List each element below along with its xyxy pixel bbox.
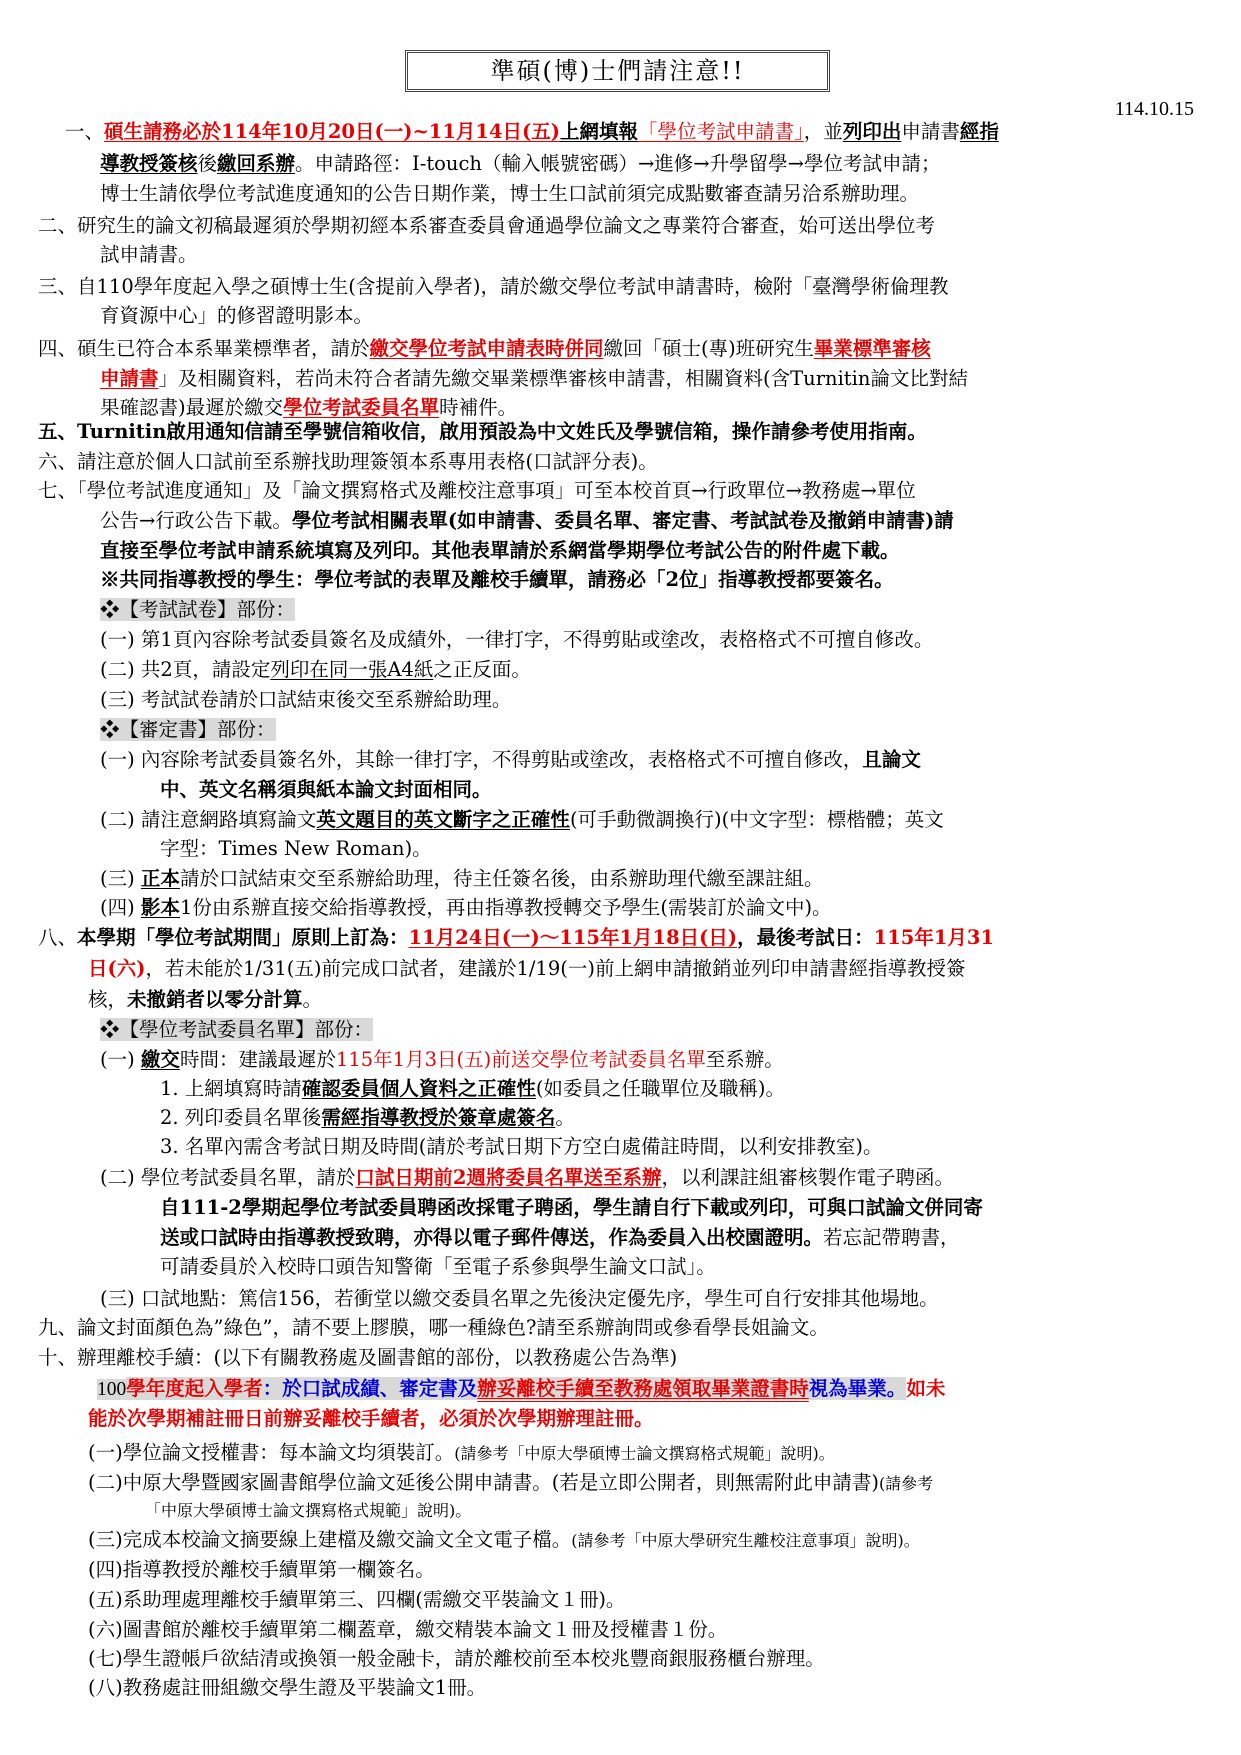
section-8-line-2: 日(六)，若未能於1/31(五)前完成口試者，建議於1/19(一)前上網申請撤銷… <box>88 955 965 983</box>
exam-paper-heading: ❖【考試試卷】部份： <box>100 596 295 624</box>
committee-item-2-line-3: 送或口試時由指導教授致聘，亦得以電子郵件傳送，作為委員入出校園證明。若忘記帶聘書… <box>160 1224 960 1252</box>
committee-sub-1: 1. 上網填寫時請確認委員個人資料之正確性(如委員之任職單位及職稱)。 <box>160 1075 785 1103</box>
section-3-line-2: 育資源中心」的修習證明影本。 <box>100 302 373 330</box>
committee-item-1: (一) 繳交時間：建議最遲於115年1月3日(五)前送交學位考試委員名單至系辦。 <box>100 1046 784 1074</box>
section-8-line-3: 核，未撤銷者以零分計算。 <box>88 986 322 1014</box>
approval-heading: ❖【審定書】部份： <box>100 716 276 744</box>
exam-paper-item-2: (二) 共2頁，請設定列印在同一張A4紙之正反面。 <box>100 656 531 684</box>
graduation-highlight-line-2: 能於次學期補註冊日前辦妥離校手續者，必須於次學期辦理註冊。 <box>88 1405 654 1433</box>
approval-item-2-cont: 字型：Times New Roman)。 <box>160 835 432 863</box>
section-9: 九、論文封面顏色為”綠色”，請不要上膠膜，哪一種綠色?請至系辦詢問或參看學長姐論… <box>38 1314 829 1342</box>
section-10-line-1: 十、辦理離校手續：(以下有關教務處及圖書館的部份，以教務處公告為準) <box>38 1344 677 1372</box>
committee-item-2-line-4: 可請委員於入校時口頭告知警衛「至電子系參與學生論文口試」。 <box>160 1253 716 1281</box>
section-1-line-3: 博士生請依學位考試進度通知的公告日期作業，博士生口試前須完成點數審查請另洽系辦助… <box>100 180 919 208</box>
section-2-line-1: 二、研究生的論文初稿最遲須於學期初經本系審查委員會通過學位論文之專業符合審查，始… <box>38 212 935 240</box>
section-2-line-2: 試申請書。 <box>100 241 198 269</box>
committee-item-2: (二) 學位考試委員名單，請於口試日期前2週將委員名單送至系辦，以利課註組審核製… <box>100 1164 954 1192</box>
committee-item-3: (三) 口試地點：篤信156，若衝堂以繳交委員名單之先後決定優先序，學生可自行安… <box>100 1285 939 1313</box>
section-7-line-3: 直接至學位考試申請系統填寫及列印。其他表單請於系網當學期學位考試公告的附件處下載… <box>100 537 900 565</box>
graduation-highlight: 100學年度起入學者：於口試成績、審定書及辦妥離校手續至教務處領取畢業證書時視為… <box>97 1375 945 1403</box>
departure-item-3: (三)完成本校論文摘要線上建檔及繳交論文全文電子檔。(請參考「中原大學研究生離校… <box>88 1526 920 1554</box>
section-3-line-1: 三、自110學年度起入學之碩博士生(含提前入學者)，請於繳交學位考試申請書時，檢… <box>38 273 948 301</box>
departure-item-2-cont: 「中原大學碩博士論文撰寫格式規範」說明)。 <box>145 1496 471 1524</box>
co-advisor-note: ※共同指導教授的學生：學位考試的表單及離校手續單，請務必「2位」指導教授都要簽名… <box>100 566 894 594</box>
section-1-line-2: 導教授簽核後繳回系辦。申請路徑：I-touch（輸入帳號密碼）→進修→升學留學→… <box>100 150 940 178</box>
exam-paper-item-3: (三) 考試試卷請於口試結束後交至系辦給助理。 <box>100 686 511 714</box>
exam-paper-item-1: (一) 第1頁內容除考試委員簽名及成績外，一律打字，不得剪貼或塗改，表格格式不可… <box>100 626 933 654</box>
committee-heading: ❖【學位考試委員名單】部份： <box>100 1016 373 1044</box>
departure-item-5: (五)系助理處理離校手續單第三、四欄(需繳交平裝論文１冊)。 <box>88 1586 625 1614</box>
section-number: 一、 <box>65 120 104 143</box>
approval-item-1: (一) 內容除考試委員簽名外，其餘一律打字，不得剪貼或塗改，表格格式不可擅自修改… <box>100 746 921 774</box>
committee-item-2-line-2: 自111-2學期起學位考試委員聘函改採電子聘函，學生請自行下載或列印，可與口試論… <box>160 1194 983 1222</box>
departure-item-7: (七)學生證帳戶欲結清或換領一般金融卡，請於離校前至本校兆豐商銀服務櫃台辦理。 <box>88 1645 825 1673</box>
departure-item-2: (二)中原大學暨國家圖書館學位論文延後公開申請書。(若是立即公開者，則無需附此申… <box>88 1469 933 1497</box>
approval-item-2: (二) 請注意網路填寫論文英文題目的英文斷字之正確性(可手動微調換行)(中文字型… <box>100 806 944 834</box>
approval-item-1-cont: 中、英文名稱須與紙本論文封面相同。 <box>160 776 492 804</box>
section-4-line-1: 四、碩生已符合本系畢業標準者，請於繳交學位考試申請表時併同繳回「碩士(專)班研究… <box>38 335 931 363</box>
approval-item-3: (三) 正本請於口試結束交至系辦給助理，待主任簽名後，由系辦助理代繳至課註組。 <box>100 865 823 893</box>
departure-item-4: (四)指導教授於離校手續單第一欄簽名。 <box>88 1556 435 1584</box>
section-4-line-2: 申請書」及相關資料，若尚未符合者請先繳交畢業標準審核申請書，相關資料(含Turn… <box>100 365 968 393</box>
section-7-line-1: 七、「學位考試進度通知」及「論文撰寫格式及離校注意事項」可至本校首頁→行政單位→… <box>38 477 916 505</box>
departure-item-8: (八)教務處註冊組繳交學生證及平裝論文1冊。 <box>88 1674 486 1702</box>
section-1-line-1: 一、碩生請務必於114年10月20日(一)~11月14日(五)上網填報「學位考試… <box>65 118 999 146</box>
departure-item-1: (一)學位論文授權書：每本論文均須裝訂。(請參考「中原大學碩博士論文撰寫格式規範… <box>88 1439 835 1467</box>
committee-sub-3: 3. 名單內需含考試日期及時間(請於考試日期下方空白處備註時間，以利安排教室)。 <box>160 1133 883 1161</box>
document-date: 114.10.15 <box>1115 98 1194 121</box>
approval-item-4: (四) 影本1份由系辦直接交給指導教授，再由指導教授轉交予學生(需裝訂於論文中)… <box>100 894 832 922</box>
document-page: 準碩(博)士們請注意!! 114.10.15 一、碩生請務必於114年10月20… <box>0 0 1241 1755</box>
section-5: 五、Turnitin啟用通知信請至學號信箱收信，啟用預設為中文姓氏及學號信箱，操… <box>38 418 927 446</box>
section-8-line-1: 八、本學期「學位考試期間」原則上訂為：11月24日(一)～115年1月18日(日… <box>38 924 994 952</box>
section-7-line-2: 公告→行政公告下載。學位考試相關表單(如申請書、委員名單、審定書、考試試卷及撤銷… <box>100 507 954 535</box>
section-6: 六、請注意於個人口試前至系辦找助理簽領本系專用表格(口試評分表)。 <box>38 448 658 476</box>
committee-sub-2: 2. 列印委員名單後需經指導教授於簽章處簽名。 <box>160 1104 575 1132</box>
departure-item-6: (六)圖書館於離校手續單第二欄蓋章，繳交精裝本論文１冊及授權書１份。 <box>88 1616 727 1644</box>
page-title: 準碩(博)士們請注意!! <box>405 50 830 92</box>
